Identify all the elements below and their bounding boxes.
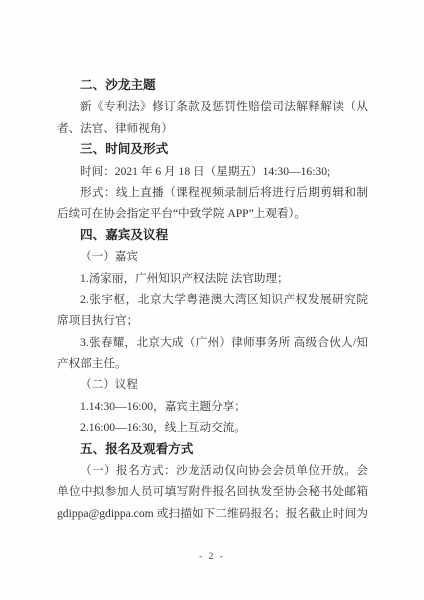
doc-body-line: 1.汤家丽，广州知识产权法院 法官助理； — [57, 268, 368, 289]
doc-body-line: 2.张宇枢，北京大学粤港澳大湾区知识产权发展研究院 首 — [57, 289, 368, 310]
doc-heading-line: 五、报名及观看方式 — [57, 439, 368, 460]
doc-body-line: 形式：线上直播（课程视频录制后将进行后期剪辑和制作， — [57, 182, 368, 203]
doc-body-line: （二）议程 — [57, 374, 368, 395]
doc-heading-line: 四、嘉宾及议程 — [57, 225, 368, 246]
doc-body-line: 单位中拟参加人员可填写附件报名回执发至协会秘书处邮箱 — [57, 481, 368, 502]
doc-body-line: （一）报名方式：沙龙活动仅向协会会员单位开放。会员 — [57, 460, 368, 481]
doc-body-line: 3.张春耀，北京大成（广州）律师事务所 高级合伙人/知识 — [57, 332, 368, 353]
doc-body-line: 者、法官、律师视角） — [57, 118, 368, 139]
doc-body-line: 1.14:30—16:00，嘉宾主题分享； — [57, 396, 368, 417]
doc-body-line: 后续可在协会指定平台“中致学院 APP”上观看）。 — [57, 203, 368, 224]
doc-heading-line: 三、时间及形式 — [57, 139, 368, 160]
doc-body-line: （一）嘉宾 — [57, 246, 368, 267]
doc-heading-line: 二、沙龙主题 — [57, 75, 368, 96]
doc-body-line: 席项目执行官； — [57, 310, 368, 331]
doc-body-line: 产权部主任。 — [57, 353, 368, 374]
doc-body-line: 时间：2021 年 6 月 18 日（星期五）14:30—16:30; — [57, 161, 368, 182]
document-page: 二、沙龙主题新《专利法》修订条款及惩罚性赔偿司法解释解读（从学者、法官、律师视角… — [0, 0, 424, 600]
doc-body-line: 新《专利法》修订条款及惩罚性赔偿司法解释解读（从学 — [57, 96, 368, 117]
doc-body-line: 2.16:00—16:30，线上互动交流。 — [57, 417, 368, 438]
document-body: 二、沙龙主题新《专利法》修订条款及惩罚性赔偿司法解释解读（从学者、法官、律师视角… — [57, 75, 368, 524]
page-number: - 2 - — [0, 552, 424, 562]
doc-body-line: gdippa@gdippa.com 或扫描如下二维码报名；报名截止时间为 — [57, 503, 368, 524]
